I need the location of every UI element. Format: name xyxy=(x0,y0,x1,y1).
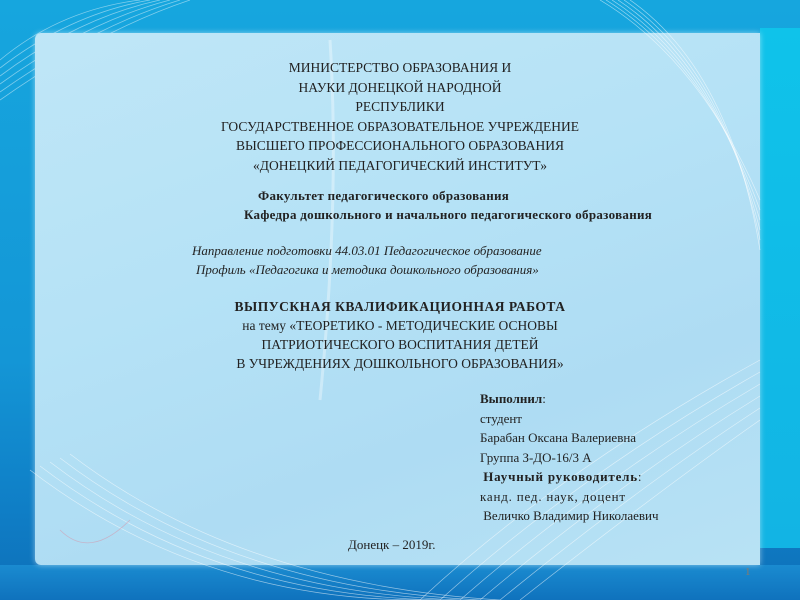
institution-line: ГОСУДАРСТВЕННОЕ ОБРАЗОВАТЕЛЬНОЕ УЧРЕЖДЕН… xyxy=(0,117,800,137)
study-direction: Направление подготовки 44.03.01 Педагоги… xyxy=(192,243,542,259)
institution-line: ВЫСШЕГО ПРОФЕССИОНАЛЬНОГО ОБРАЗОВАНИЯ xyxy=(0,136,800,156)
author-name: Барабан Оксана Валериевна xyxy=(480,428,659,448)
department: Кафедра дошкольного и начального педагог… xyxy=(244,207,652,223)
supervisor-label: Научный руководитель xyxy=(483,469,638,484)
ministry-line: РЕСПУБЛИКИ xyxy=(0,97,800,117)
author-label: Выполнил xyxy=(480,391,542,406)
authors-block: Выполнил: студент Барабан Оксана Валерие… xyxy=(480,389,659,526)
background-bottom-band xyxy=(0,565,800,600)
city-year: Донецк – 2019г. xyxy=(348,537,435,553)
thesis-topic-line: ПАТРИОТИЧЕСКОГО ВОСПИТАНИЯ ДЕТЕЙ xyxy=(0,335,800,354)
ministry-line: МИНИСТЕРСТВО ОБРАЗОВАНИЯ И xyxy=(0,58,800,78)
ministry-header: МИНИСТЕРСТВО ОБРАЗОВАНИЯ И НАУКИ ДОНЕЦКО… xyxy=(0,58,800,175)
slide-number: 1 xyxy=(745,566,751,578)
supervisor-degree: канд. пед. наук, доцент xyxy=(480,487,659,507)
supervisor-name: Величко Владимир Николаевич xyxy=(483,508,658,523)
thesis-block: ВЫПУСКНАЯ КВАЛИФИКАЦИОННАЯ РАБОТА на тем… xyxy=(0,297,800,373)
study-profile: Профиль «Педагогика и методика дошкольно… xyxy=(196,262,539,278)
thesis-topic-line: В УЧРЕЖДЕНИЯХ ДОШКОЛЬНОГО ОБРАЗОВАНИЯ» xyxy=(0,354,800,373)
institution-name: «ДОНЕЦКИЙ ПЕДАГОГИЧЕСКИЙ ИНСТИТУТ» xyxy=(0,156,800,176)
author-role: студент xyxy=(480,409,659,429)
thesis-title: ВЫПУСКНАЯ КВАЛИФИКАЦИОННАЯ РАБОТА xyxy=(0,297,800,316)
ministry-line: НАУКИ ДОНЕЦКОЙ НАРОДНОЙ xyxy=(0,78,800,98)
author-group: Группа З-ДО-16/3 А xyxy=(480,448,659,468)
thesis-topic-line: на тему «ТЕОРЕТИКО - МЕТОДИЧЕСКИЕ ОСНОВЫ xyxy=(0,316,800,335)
faculty: Факультет педагогического образования xyxy=(258,188,509,204)
